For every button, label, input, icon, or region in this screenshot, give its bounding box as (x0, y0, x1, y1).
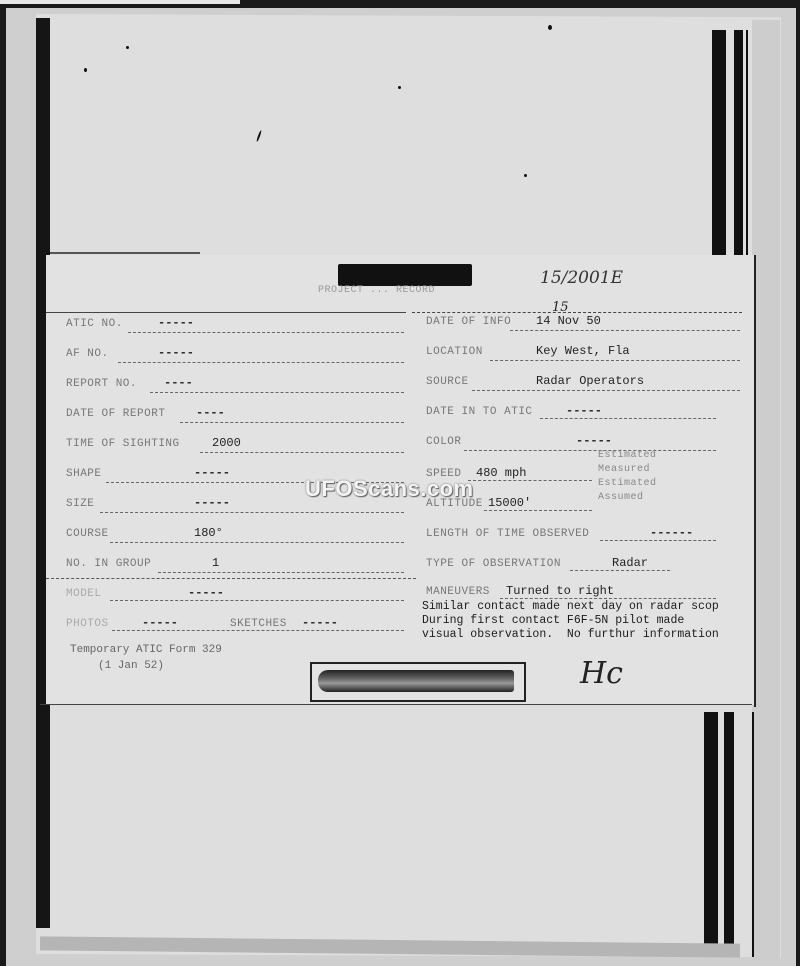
value-sketches: ----- (302, 616, 338, 630)
form-number-line-1: Temporary ATIC Form 329 (70, 644, 222, 656)
fill-line (500, 598, 716, 599)
speck (548, 25, 552, 30)
value-date-of-info: 14 Nov 50 (536, 314, 601, 328)
redacted-title (338, 264, 472, 286)
binder-bar-6 (752, 712, 754, 957)
option-measured: Measured (598, 464, 650, 475)
speck (126, 46, 129, 49)
remarks-line-3: visual observation. No furthur informati… (422, 628, 719, 642)
fill-line (150, 392, 404, 393)
option-assumed: Assumed (598, 492, 644, 503)
fill-line (110, 600, 404, 601)
binder-bar-1 (712, 30, 726, 262)
value-type-of-observation: Radar (612, 556, 648, 570)
fill-line (468, 480, 592, 481)
label-date-of-info: DATE OF INFO (426, 316, 511, 328)
label-date-in-to-atic: DATE IN TO ATIC (426, 406, 533, 418)
binder-bar-2 (734, 30, 743, 262)
value-model: ----- (188, 586, 224, 600)
label-no-in-group: NO. IN GROUP (66, 558, 151, 570)
fill-line (110, 542, 404, 543)
value-af-no: ----- (158, 346, 194, 360)
binder-bar-4 (704, 712, 718, 957)
fill-line (158, 572, 404, 573)
value-date-in-to-atic: ----- (566, 404, 602, 418)
label-af-no: AF NO. (66, 348, 109, 360)
fill-line (472, 390, 740, 391)
fill-line (200, 452, 404, 453)
value-shape: ----- (194, 466, 230, 480)
label-color: COLOR (426, 436, 462, 448)
label-maneuvers: MANEUVERS (426, 586, 490, 598)
fill-line (570, 570, 670, 571)
scan-top-strip (0, 0, 240, 4)
label-course: COURSE (66, 528, 109, 540)
fill-line (490, 360, 740, 361)
value-color: ----- (576, 434, 612, 448)
value-date-of-report: ---- (196, 406, 225, 420)
label-shape: SHAPE (66, 468, 102, 480)
label-source: SOURCE (426, 376, 469, 388)
handwritten-reference: 15/2001E (540, 268, 623, 288)
option-estimated-2: Estimated (598, 478, 657, 489)
section-divider (46, 578, 416, 580)
value-length-of-time-observed: ------ (650, 526, 693, 540)
faint-form-title: PROJECT ... RECORD (318, 285, 435, 296)
form-number-line-2: (1 Jan 52) (98, 660, 164, 672)
value-report-no: ---- (164, 376, 193, 390)
speck (398, 86, 401, 89)
watermark: UFOScans.com (305, 476, 474, 502)
redaction-stamp (318, 670, 514, 692)
label-atic-no: ATIC NO. (66, 318, 123, 330)
value-speed: 480 mph (476, 466, 526, 480)
form-bottom-rule (40, 704, 752, 706)
fill-line (180, 422, 404, 423)
value-source: Radar Operators (536, 374, 644, 388)
fill-line (128, 332, 404, 333)
value-atic-no: ----- (158, 316, 194, 330)
value-course: 180° (194, 526, 223, 540)
label-length-of-time-observed: LENGTH OF TIME OBSERVED (426, 528, 589, 540)
label-model: MODEL (66, 588, 102, 600)
value-altitude: 15000' (488, 496, 531, 510)
speck (84, 68, 87, 72)
fill-line (464, 450, 716, 451)
label-sketches: SKETCHES (230, 618, 287, 630)
label-photos: PHOTOS (66, 618, 109, 630)
label-type-of-observation: TYPE OF OBSERVATION (426, 558, 561, 570)
handwritten-date-correction: 15 (552, 300, 569, 315)
form-right-border (754, 255, 756, 707)
value-no-in-group: 1 (212, 556, 219, 570)
value-location: Key West, Fla (536, 344, 630, 358)
value-photos: ----- (142, 616, 178, 630)
label-size: SIZE (66, 498, 94, 510)
fill-line (540, 418, 716, 419)
fill-line (118, 362, 404, 363)
fill-line (510, 330, 740, 331)
fill-line (484, 510, 592, 511)
fill-line (600, 540, 716, 541)
label-location: LOCATION (426, 346, 483, 358)
binder-bar-3 (746, 30, 748, 262)
value-size: ----- (194, 496, 230, 510)
label-time-of-sighting: TIME OF SIGHTING (66, 438, 180, 450)
label-report-no: REPORT NO. (66, 378, 137, 390)
value-maneuvers: Turned to right (506, 584, 614, 598)
fill-line (112, 630, 404, 631)
speck (524, 174, 527, 177)
label-date-of-report: DATE OF REPORT (66, 408, 165, 420)
right-margin (752, 20, 780, 960)
signature-initials: Hc (580, 656, 623, 691)
option-estimated: Estimated (598, 450, 657, 461)
header-rule (46, 312, 406, 314)
binder-bar-5 (724, 712, 734, 957)
remarks-line-2: During first contact F6F-5N pilot made (422, 614, 684, 628)
form-top-rule (50, 252, 200, 254)
value-time-of-sighting: 2000 (212, 436, 241, 450)
fill-line (100, 512, 404, 513)
remarks-line-1: Similar contact made next day on radar s… (422, 600, 719, 614)
